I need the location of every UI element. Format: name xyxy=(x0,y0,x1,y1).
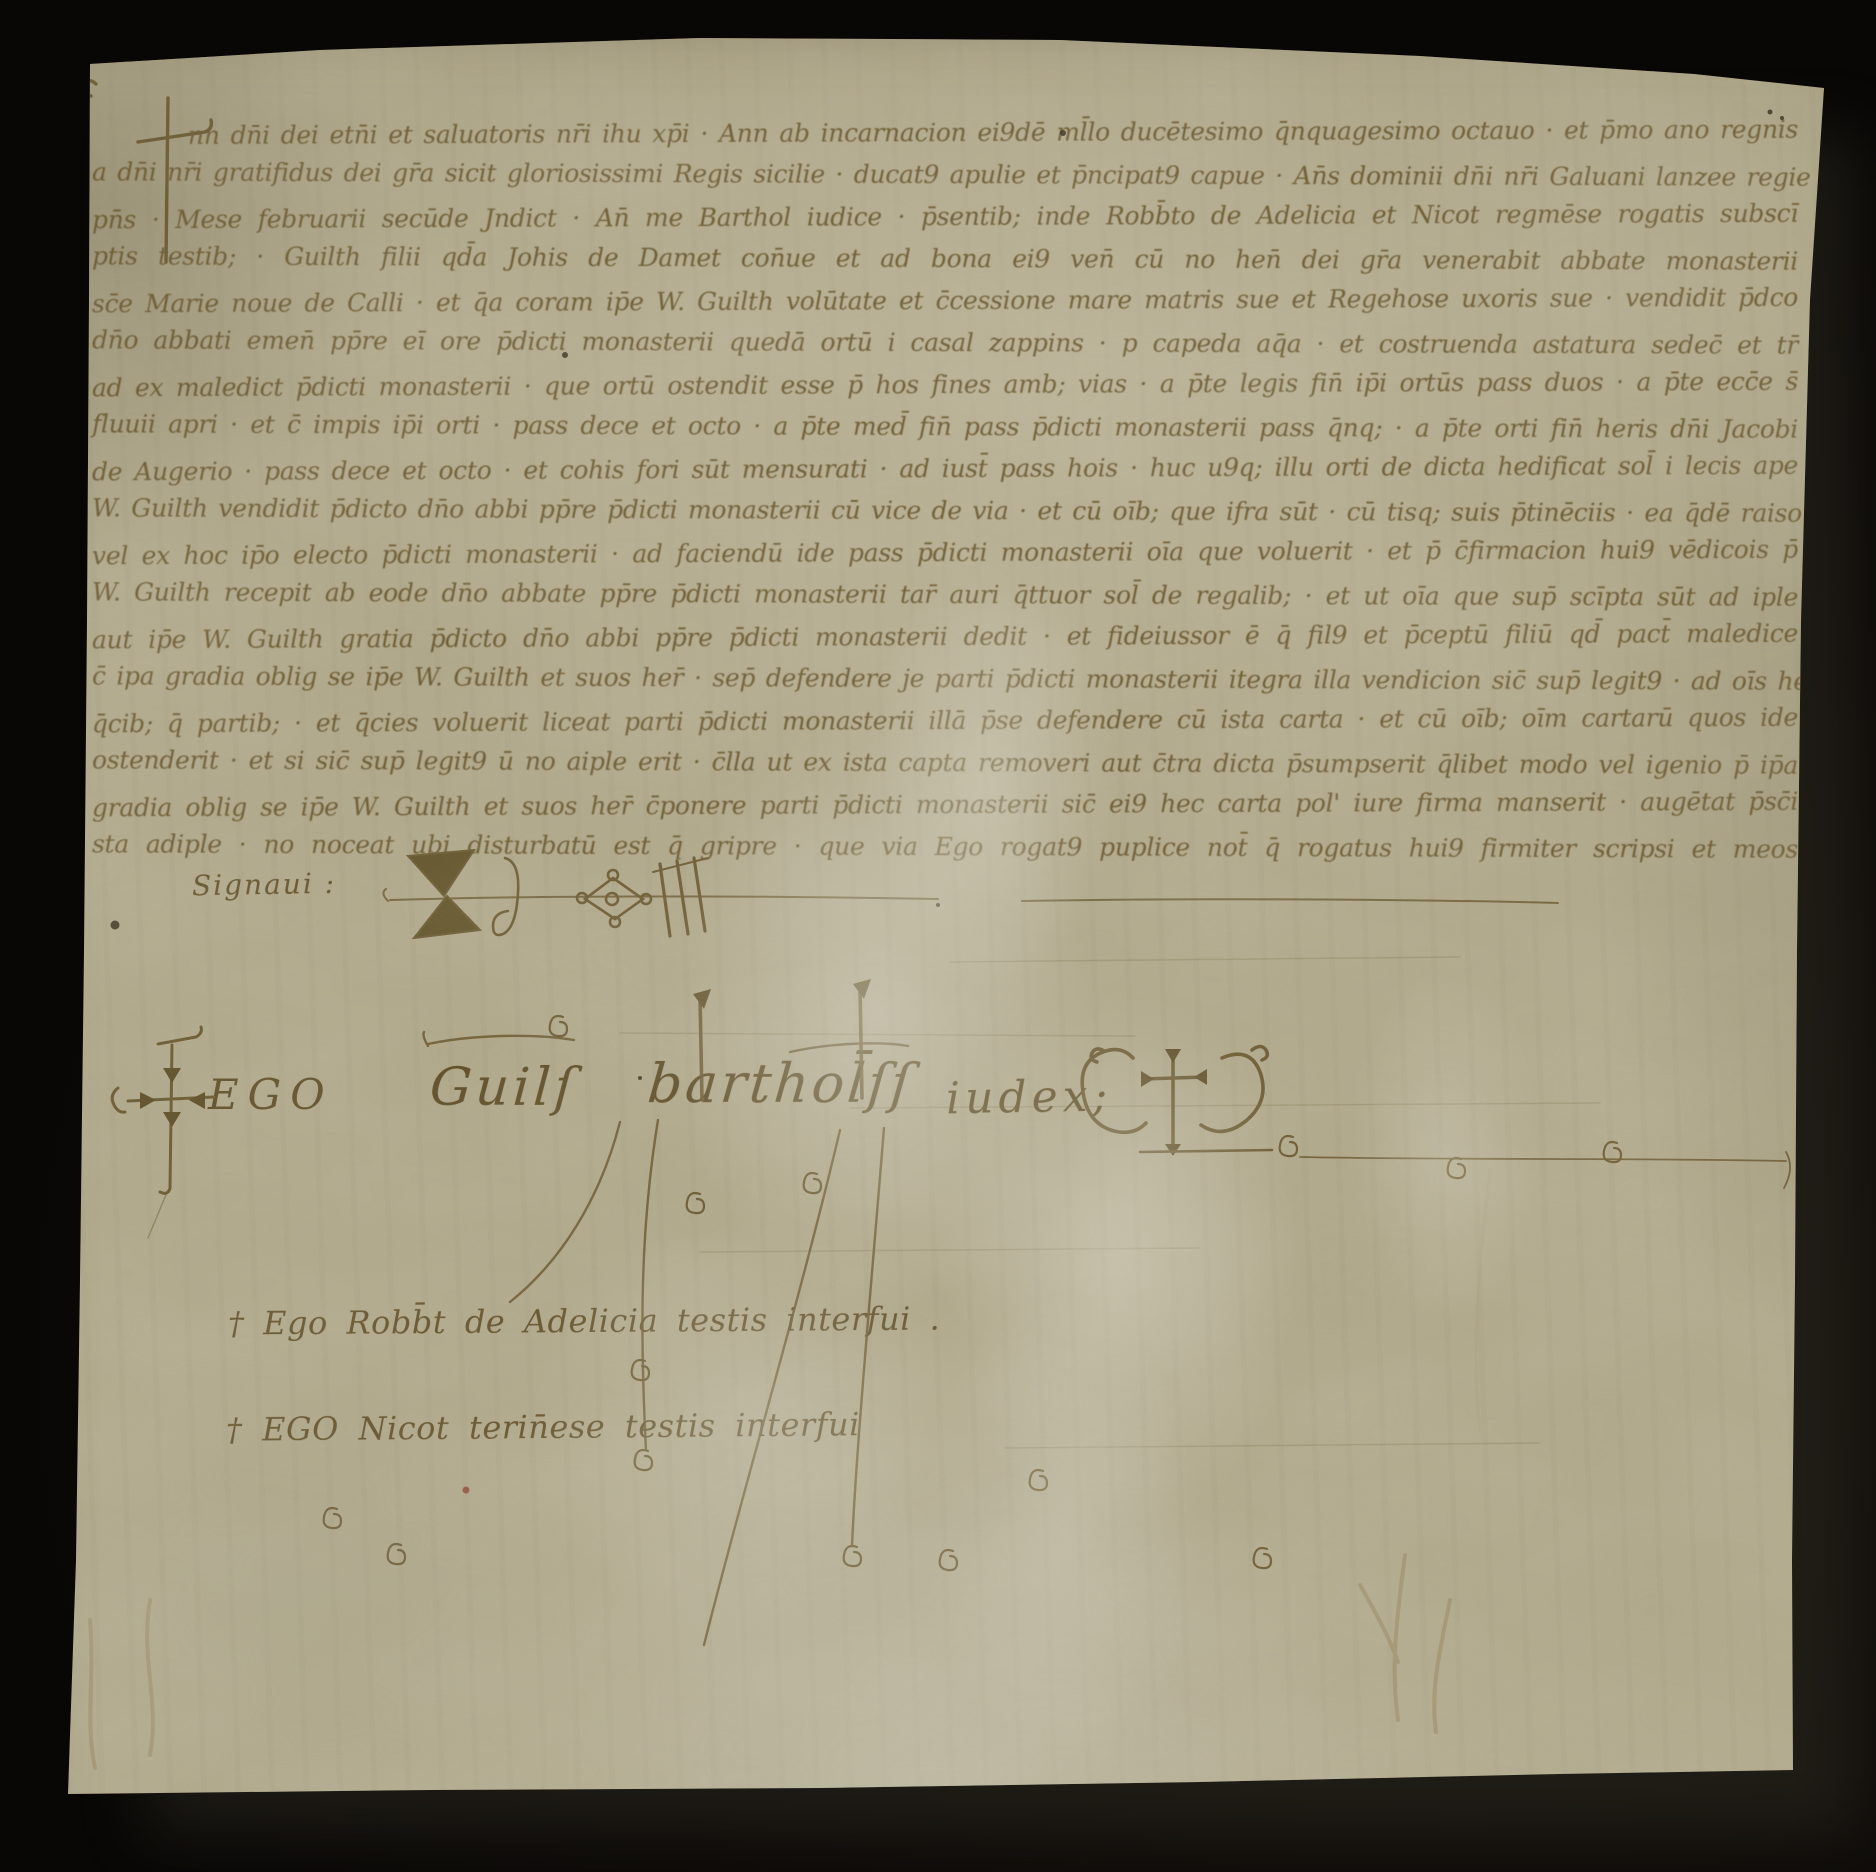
manuscript-line: sc̄e Marie noue de Calli · et q̄a coram … xyxy=(92,277,1798,326)
manuscript-line: vel ex hoc ip̄o electo p̄dicti monasteri… xyxy=(92,529,1798,578)
manuscript-line: sta adiple · no noceat ubi disturbatū e… xyxy=(92,823,1798,870)
manuscript-line: dn̄o abbati emen̄ pp̄re eī ore p̄dicti m… xyxy=(92,319,1798,366)
body-text: nn dn̄i dei etn̄i et saluatoris nr̄i ihu… xyxy=(92,112,1798,868)
manuscript-line: a dn̄i nr̄i gratifidus dei gr̄a sicit gl… xyxy=(92,151,1798,198)
manuscript-line: W. Guilth recepit ab eode dn̄o abbate pp… xyxy=(92,571,1798,618)
manuscript-line: ostenderit · et si sic̄ sup̄ legit9 ū n… xyxy=(92,739,1798,786)
loop-stroke-icon xyxy=(493,858,518,935)
manuscript-line: gradia oblig se ip̄e W. Guilth et suos h… xyxy=(92,781,1798,830)
witness-subscription: † EGO Nicot terin̄ese testis interfui xyxy=(226,1405,860,1449)
manuscript-line: de Augerio · pass dece et octo · et cohi… xyxy=(92,445,1798,494)
judge-signature-name: Guilſ xyxy=(428,1058,580,1118)
manuscript-line: q̄cib; q̄ partib; · et q̄cies voluerit l… xyxy=(92,697,1798,746)
lozenge-seal-icon xyxy=(577,870,651,927)
manuscript-line: ptis testib; · Guilth filii qd̄a Johis d… xyxy=(92,235,1798,282)
manuscript-line: ad ex maledict p̄dicti monasterii · que … xyxy=(92,361,1798,410)
charter-photo: nn dn̄i dei etn̄i et saluatoris nr̄i ihu… xyxy=(0,0,1876,1872)
manuscript-line: nn dn̄i dei etn̄i et saluatoris nr̄i ihu… xyxy=(92,109,1798,158)
witness-subscription: † Ego Robb̄t de Adelicia testis interfui… xyxy=(228,1300,940,1343)
judge-signature-ego: EGO xyxy=(208,1070,334,1119)
guide-scratch-line xyxy=(620,957,1600,1448)
ruling-line xyxy=(1300,1152,1790,1188)
manuscript-line: aut ip̄e W. Guilth gratia p̄dicto dn̄o a… xyxy=(92,613,1798,662)
manuscript-line: fluuii apri · et c̄ impis ip̄i orti · pa… xyxy=(92,403,1798,450)
judge-signature-title: iudex; xyxy=(946,1071,1113,1125)
arrow-cross-icon xyxy=(112,1027,214,1238)
triple-hatch-icon xyxy=(653,858,708,936)
parchment-sheet: nn dn̄i dei etn̄i et saluatoris nr̄i ihu… xyxy=(0,0,1876,1872)
manuscript-line: pn̄s · Mese februarii secūde Jndict · A… xyxy=(92,193,1798,242)
vein-stain xyxy=(90,1170,1490,1768)
judge-signature-surname: barthol̄ſſ xyxy=(645,1052,916,1115)
manuscript-line: c̄ ipa gradia oblig se ip̄e W. Guilth et… xyxy=(92,655,1798,702)
ruling-line xyxy=(383,889,1558,903)
signum-label: Signaui : xyxy=(192,867,337,903)
manuscript-line: W. Guilth vendidit p̄dicto dn̄o abbi pp̄… xyxy=(92,487,1798,534)
